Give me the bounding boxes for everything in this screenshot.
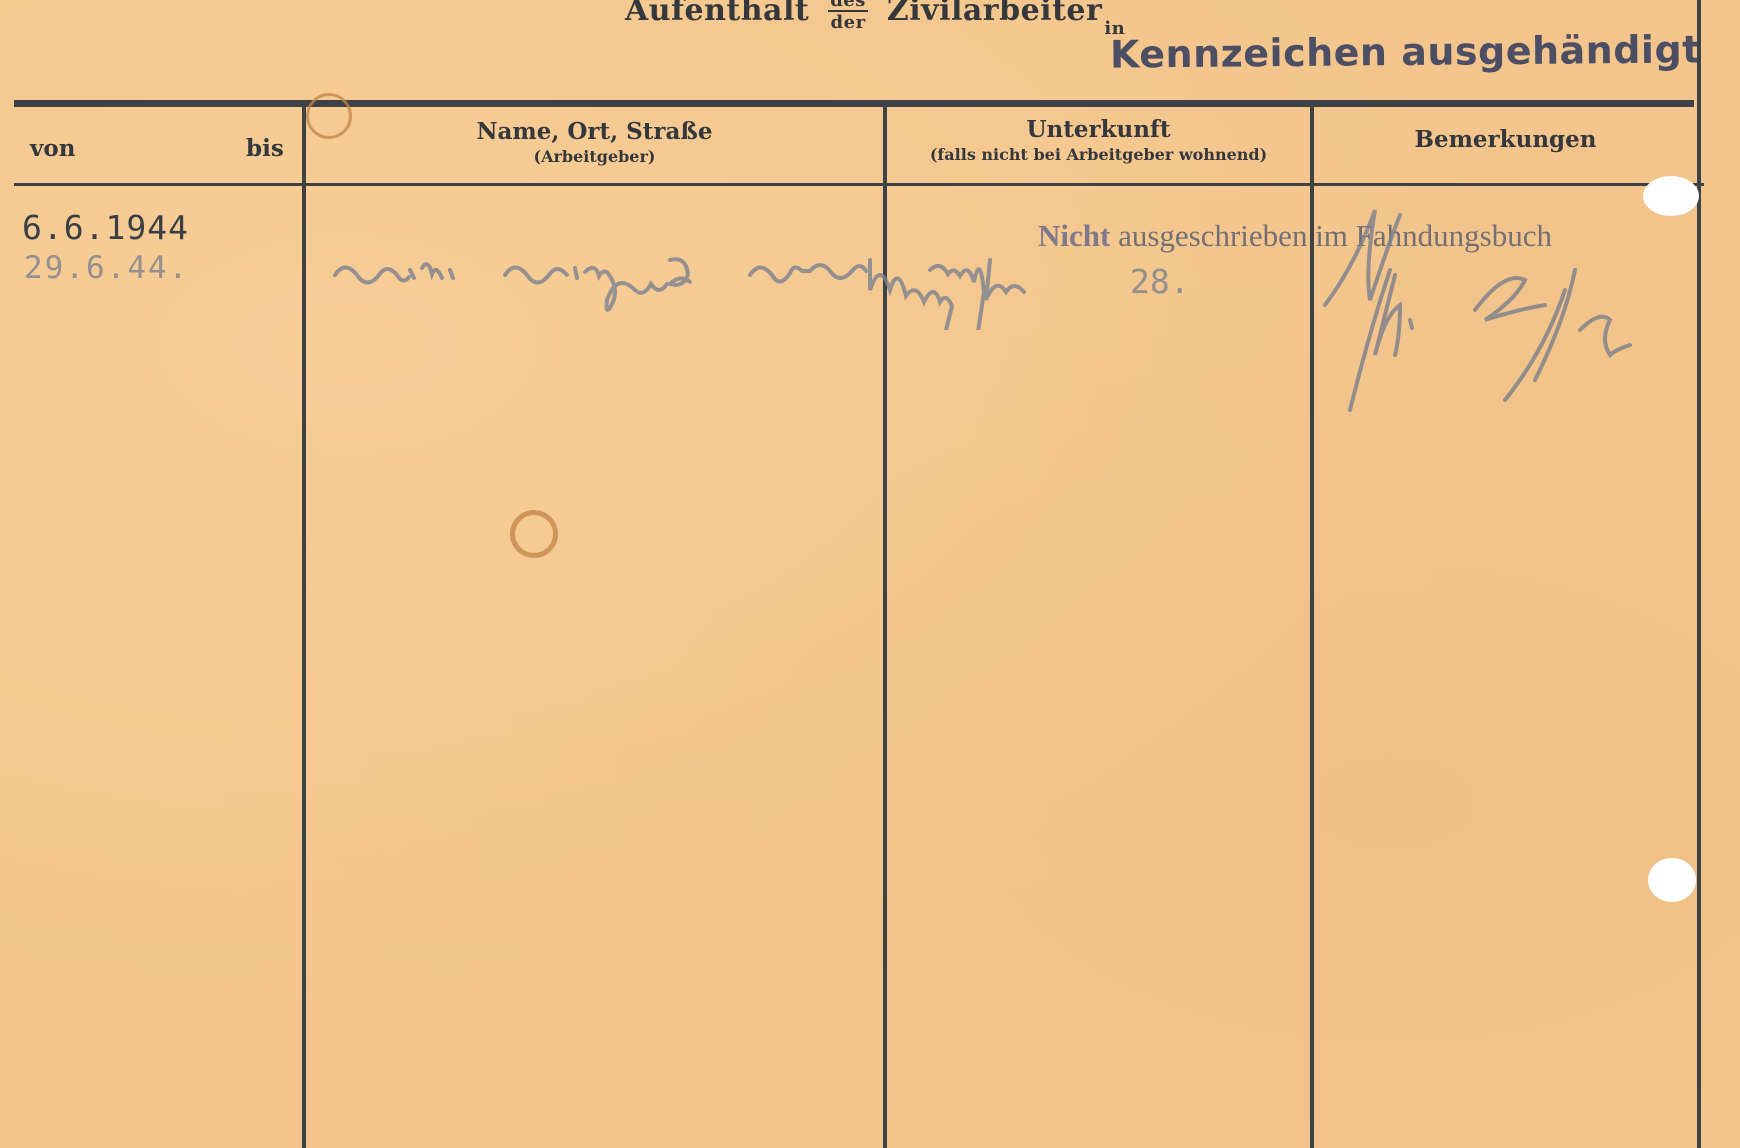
column-header-unterkunft-sub: (falls nicht bei Arbeitgeber wohnend) — [887, 145, 1310, 164]
document-title: Aufenthalt des der Zivilarbeiterin — [625, 0, 1125, 39]
column-header-unterkunft: Unterkunft (falls nicht bei Arbeitgeber … — [887, 116, 1310, 164]
punch-hole-top — [1643, 176, 1699, 216]
column-header-name-sub: (Arbeitgeber) — [306, 147, 883, 166]
column-divider-right-edge — [1697, 0, 1701, 1148]
title-fraction: des der — [828, 0, 868, 32]
bemerkungen-signature — [1315, 200, 1655, 420]
stamp-nicht-word: Nicht — [1038, 218, 1110, 253]
column-header-unterkunft-label: Unterkunft — [887, 116, 1310, 143]
handwriting-strokes — [330, 250, 1190, 330]
column-header-name: Name, Ort, Straße (Arbeitgeber) — [306, 118, 883, 166]
column-header-bemerkungen-label: Bemerkungen — [1314, 126, 1697, 153]
punch-hole-bottom — [1648, 858, 1696, 902]
header-bottom-rule — [14, 183, 1704, 186]
header-top-rule — [14, 100, 1694, 107]
column-header-name-label: Name, Ort, Straße — [306, 118, 883, 145]
signature-strokes — [1315, 200, 1655, 420]
column-header-von: von — [30, 135, 75, 162]
column-divider-1 — [302, 104, 306, 1148]
column-header-von-label: von — [30, 135, 75, 162]
fraction-numerator: des — [828, 0, 868, 12]
fraction-denominator: der — [831, 12, 866, 32]
rust-ring-top — [306, 93, 352, 139]
title-word-zivilarbeiter: Zivilarbeiter — [887, 0, 1102, 28]
title-word-aufenthalt: Aufenthalt — [625, 0, 809, 28]
rust-ring-middle — [510, 510, 558, 558]
entry-von-date: 6.6.1944 — [22, 208, 189, 247]
column-header-bis-label: bis — [246, 135, 284, 162]
column-divider-3 — [1310, 104, 1314, 1148]
stamp-kennzeichen-ausgehaendigt: Kennzeichen ausgehändigt — [1110, 27, 1701, 76]
entry-address-number: 28. — [1130, 262, 1190, 301]
column-header-bemerkungen: Bemerkungen — [1314, 126, 1697, 153]
column-header-bis: bis — [246, 135, 284, 162]
entry-bis-date: 29.6.44. — [24, 250, 189, 286]
entry-name-handwriting — [330, 250, 1190, 330]
